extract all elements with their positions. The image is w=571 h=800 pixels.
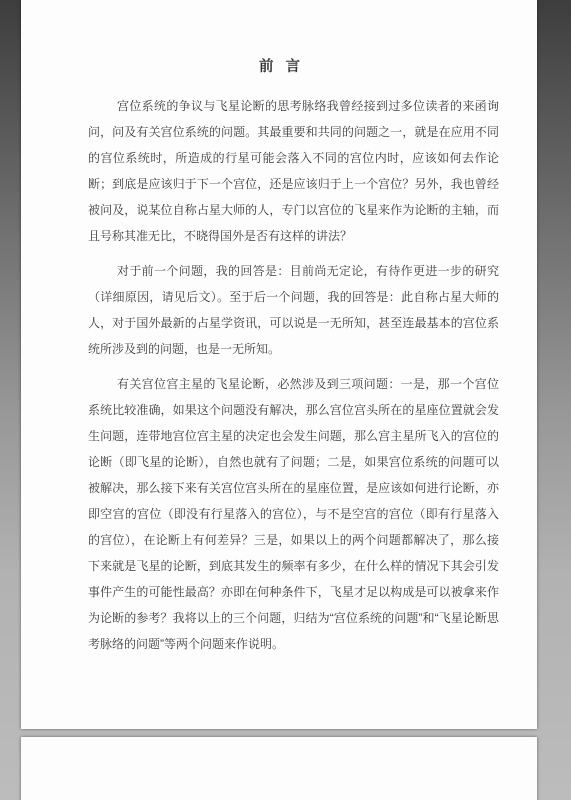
page-title: 前 言 xyxy=(64,57,499,77)
document-viewer-background: 前 言 宫位系统的争议与飞星论断的思考脉络我曾经接到过多位读者的来函询问，问及有… xyxy=(0,0,571,800)
preface-page: 前 言 宫位系统的争议与飞星论断的思考脉络我曾经接到过多位读者的来函询问，问及有… xyxy=(21,0,537,729)
next-page-top-edge xyxy=(21,737,537,800)
preface-paragraph-1: 宫位系统的争议与飞星论断的思考脉络我曾经接到过多位读者的来函询问，问及有关宫位系… xyxy=(88,93,499,249)
preface-paragraph-3: 有关宫位宫主星的飞星论断，必然涉及到三项问题：一是，那一个宫位系统比较准确，如果… xyxy=(88,371,499,657)
preface-paragraph-2: 对于前一个问题，我的回答是：目前尚无定论，有待作更进一步的研究（详细原因，请见后… xyxy=(88,258,499,362)
